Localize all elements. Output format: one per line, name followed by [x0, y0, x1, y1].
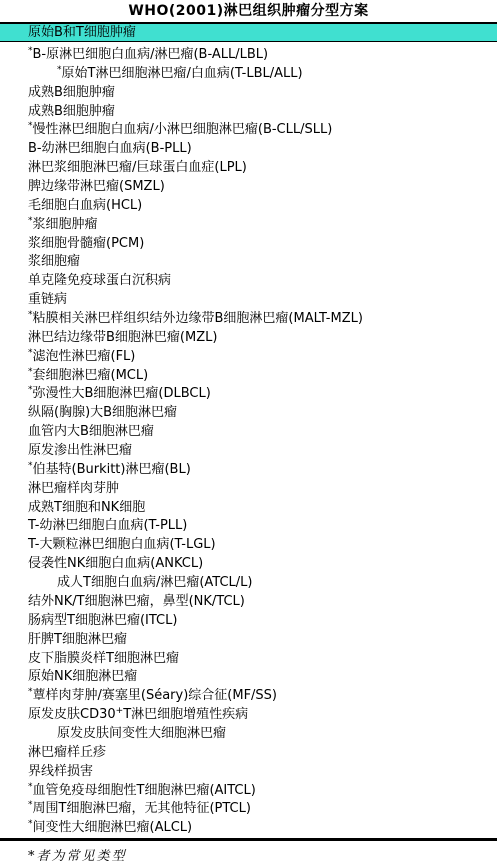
- list-item-label: B-原淋巴细胞白血病/淋巴瘤(B-ALL/LBL): [33, 47, 269, 62]
- superscript-marker: *: [57, 65, 62, 75]
- superscript-marker: *: [28, 348, 33, 358]
- classification-document: WHO(2001)淋巴组织肿瘤分型方案 原始B和T细胞肿瘤 *B-原淋巴细胞白血…: [0, 0, 497, 861]
- list-item: *弥漫性大B细胞淋巴瘤(DLBCL): [0, 385, 497, 404]
- list-item-label: 淋巴结边缘带B细胞淋巴瘤(MZL): [28, 330, 217, 345]
- list-item-label: 蕈样肉芽肿/赛塞里(Séary)综合征(MF/SS): [33, 688, 278, 703]
- list-item-label: 脾边缘带淋巴瘤(SMZL): [28, 179, 165, 194]
- list-item-label: 成熟T细胞和NK细胞: [28, 500, 145, 515]
- list-item-label: 粘膜相关淋巴样组织结外边缘带B细胞淋巴瘤(MALT-MZL): [33, 311, 363, 326]
- superscript-marker: *: [28, 385, 33, 395]
- list-item-label: 毛细胞白血病(HCL): [28, 198, 142, 213]
- superscript-marker: *: [28, 310, 33, 320]
- list-item: 肝脾T细胞淋巴瘤: [0, 631, 497, 650]
- list-item: 淋巴结边缘带B细胞淋巴瘤(MZL): [0, 329, 497, 348]
- list-item: 界线样损害: [0, 763, 497, 782]
- list-item: 重链病: [0, 291, 497, 310]
- list-item: T-幼淋巴细胞白血病(T-PLL): [0, 517, 497, 536]
- list-item: 成熟B细胞肿瘤: [0, 84, 497, 103]
- list-item-label: 成熟B细胞肿瘤: [28, 85, 115, 100]
- list-item: 浆细胞瘤: [0, 253, 497, 272]
- list-item-label: 浆细胞肿瘤: [33, 217, 98, 232]
- list-item-label: 侵袭性NK细胞白血病(ANKCL): [28, 556, 203, 571]
- list-item-label: 成人T细胞白血病/淋巴瘤(ATCL/L): [57, 575, 252, 590]
- list-item: 纵隔(胸腺)大B细胞淋巴瘤: [0, 404, 497, 423]
- list-item-label: 弥漫性大B细胞淋巴瘤(DLBCL): [33, 386, 211, 401]
- list-item-label: 原发皮肤CD30: [28, 707, 116, 722]
- list-item-label: 淋巴浆细胞淋巴瘤/巨球蛋白血症(LPL): [28, 160, 247, 175]
- list-item: 淋巴浆细胞淋巴瘤/巨球蛋白血症(LPL): [0, 159, 497, 178]
- list-item: 单克隆免疫球蛋白沉积病: [0, 272, 497, 291]
- list-item-label: 伯基特(Burkitt)淋巴瘤(BL): [33, 462, 191, 477]
- superscript-marker: *: [28, 800, 33, 810]
- superscript-marker: *: [28, 216, 33, 226]
- list-item-label: B-幼淋巴细胞白血病(B-PLL): [28, 141, 192, 156]
- superscript-marker: +: [116, 706, 124, 716]
- list-item-label: 周围T细胞淋巴瘤，无其他特征(PTCL): [33, 801, 251, 816]
- list-item: 淋巴瘤样丘疹: [0, 744, 497, 763]
- list-item-label: 血管内大B细胞淋巴瘤: [28, 424, 154, 439]
- list-item-label: 结外NK/T细胞淋巴瘤，鼻型(NK/TCL): [28, 594, 245, 609]
- list-item: B-幼淋巴细胞白血病(B-PLL): [0, 140, 497, 159]
- superscript-marker: *: [28, 819, 33, 829]
- list-item: 结外NK/T细胞淋巴瘤，鼻型(NK/TCL): [0, 593, 497, 612]
- section-header-label: 原始B和T细胞肿瘤: [28, 25, 136, 40]
- list-item: 成熟T细胞和NK细胞: [0, 499, 497, 518]
- list-item-label: 单克隆免疫球蛋白沉积病: [28, 273, 171, 288]
- list-item-label: 肠病型T细胞淋巴瘤(ITCL): [28, 613, 177, 628]
- list-item: *血管免疫母细胞性T细胞淋巴瘤(AITCL): [0, 782, 497, 801]
- list-item-label: 成熟B细胞肿瘤: [28, 104, 115, 119]
- list-item-label: 重链病: [28, 292, 67, 307]
- list-item: *滤泡性淋巴瘤(FL): [0, 348, 497, 367]
- list-item-label: 淋巴瘤样丘疹: [28, 745, 106, 760]
- list-item-label: 慢性淋巴细胞白血病/小淋巴细胞淋巴瘤(B-CLL/SLL): [33, 122, 333, 137]
- superscript-marker: *: [28, 687, 33, 697]
- list-item: 皮下脂膜炎样T细胞淋巴瘤: [0, 650, 497, 669]
- list-item: *周围T细胞淋巴瘤，无其他特征(PTCL): [0, 800, 497, 819]
- list-item-label: 界线样损害: [28, 764, 93, 779]
- list-item-label: 淋巴瘤样肉芽肿: [28, 481, 119, 496]
- list-item-label: 间变性大细胞淋巴瘤(ALCL): [33, 820, 193, 835]
- list-item: *B-原淋巴细胞白血病/淋巴瘤(B-ALL/LBL): [0, 46, 497, 65]
- list-item-label: T-幼淋巴细胞白血病(T-PLL): [28, 518, 187, 533]
- list-item: 淋巴瘤样肉芽肿: [0, 480, 497, 499]
- list-item-label: 滤泡性淋巴瘤(FL): [33, 349, 136, 364]
- footnote: *者为常见类型: [0, 841, 497, 861]
- list-item: *原始T淋巴细胞淋巴瘤/白血病(T-LBL/ALL): [0, 65, 497, 84]
- superscript-marker: *: [28, 46, 33, 56]
- list-item-label: 原始T淋巴细胞淋巴瘤/白血病(T-LBL/ALL): [62, 66, 303, 81]
- list-item: 成熟B细胞肿瘤: [0, 103, 497, 122]
- list-item: 脾边缘带淋巴瘤(SMZL): [0, 178, 497, 197]
- list-item: *浆细胞肿瘤: [0, 216, 497, 235]
- list-item-label: 原始NK细胞淋巴瘤: [28, 669, 137, 684]
- list-item: *间变性大细胞淋巴瘤(ALCL): [0, 819, 497, 838]
- superscript-marker: *: [28, 782, 33, 792]
- list-item-label: 套细胞淋巴瘤(MCL): [33, 368, 149, 383]
- list-item: *套细胞淋巴瘤(MCL): [0, 367, 497, 386]
- list-item-label: 浆细胞骨髓瘤(PCM): [28, 236, 144, 251]
- list-item: 成人T细胞白血病/淋巴瘤(ATCL/L): [0, 574, 497, 593]
- list-item: 原发皮肤间变性大细胞淋巴瘤: [0, 725, 497, 744]
- list-item: 侵袭性NK细胞白血病(ANKCL): [0, 555, 497, 574]
- classification-list: *B-原淋巴细胞白血病/淋巴瘤(B-ALL/LBL)*原始T淋巴细胞淋巴瘤/白血…: [0, 42, 497, 838]
- page-title: WHO(2001)淋巴组织肿瘤分型方案: [0, 0, 497, 22]
- list-item: *伯基特(Burkitt)淋巴瘤(BL): [0, 461, 497, 480]
- list-item-label: 纵隔(胸腺)大B细胞淋巴瘤: [28, 405, 177, 420]
- list-item-label: 皮下脂膜炎样T细胞淋巴瘤: [28, 651, 179, 666]
- list-item: 血管内大B细胞淋巴瘤: [0, 423, 497, 442]
- list-item-label: 原发渗出性淋巴瘤: [28, 443, 132, 458]
- list-item: T-大颗粒淋巴细胞白血病(T-LGL): [0, 536, 497, 555]
- list-item: *蕈样肉芽肿/赛塞里(Séary)综合征(MF/SS): [0, 687, 497, 706]
- list-item: *慢性淋巴细胞白血病/小淋巴细胞淋巴瘤(B-CLL/SLL): [0, 121, 497, 140]
- list-item: 原始NK细胞淋巴瘤: [0, 668, 497, 687]
- superscript-marker: *: [28, 367, 33, 377]
- list-item-label: T-大颗粒淋巴细胞白血病(T-LGL): [28, 537, 216, 552]
- list-item-label: T淋巴细胞增殖性疾病: [123, 707, 248, 722]
- superscript-marker: *: [28, 121, 33, 131]
- list-item: 浆细胞骨髓瘤(PCM): [0, 235, 497, 254]
- list-item-label: 血管免疫母细胞性T细胞淋巴瘤(AITCL): [33, 783, 256, 798]
- section-header-band: 原始B和T细胞肿瘤: [0, 24, 497, 42]
- list-item: 肠病型T细胞淋巴瘤(ITCL): [0, 612, 497, 631]
- superscript-marker: *: [28, 461, 33, 471]
- list-item: 原发渗出性淋巴瘤: [0, 442, 497, 461]
- list-item-label: 浆细胞瘤: [28, 254, 80, 269]
- list-item: *粘膜相关淋巴样组织结外边缘带B细胞淋巴瘤(MALT-MZL): [0, 310, 497, 329]
- list-item-label: 肝脾T细胞淋巴瘤: [28, 632, 127, 647]
- list-item: 原发皮肤CD30+T淋巴细胞增殖性疾病: [0, 706, 497, 725]
- list-item-label: 原发皮肤间变性大细胞淋巴瘤: [57, 726, 226, 741]
- list-item: 毛细胞白血病(HCL): [0, 197, 497, 216]
